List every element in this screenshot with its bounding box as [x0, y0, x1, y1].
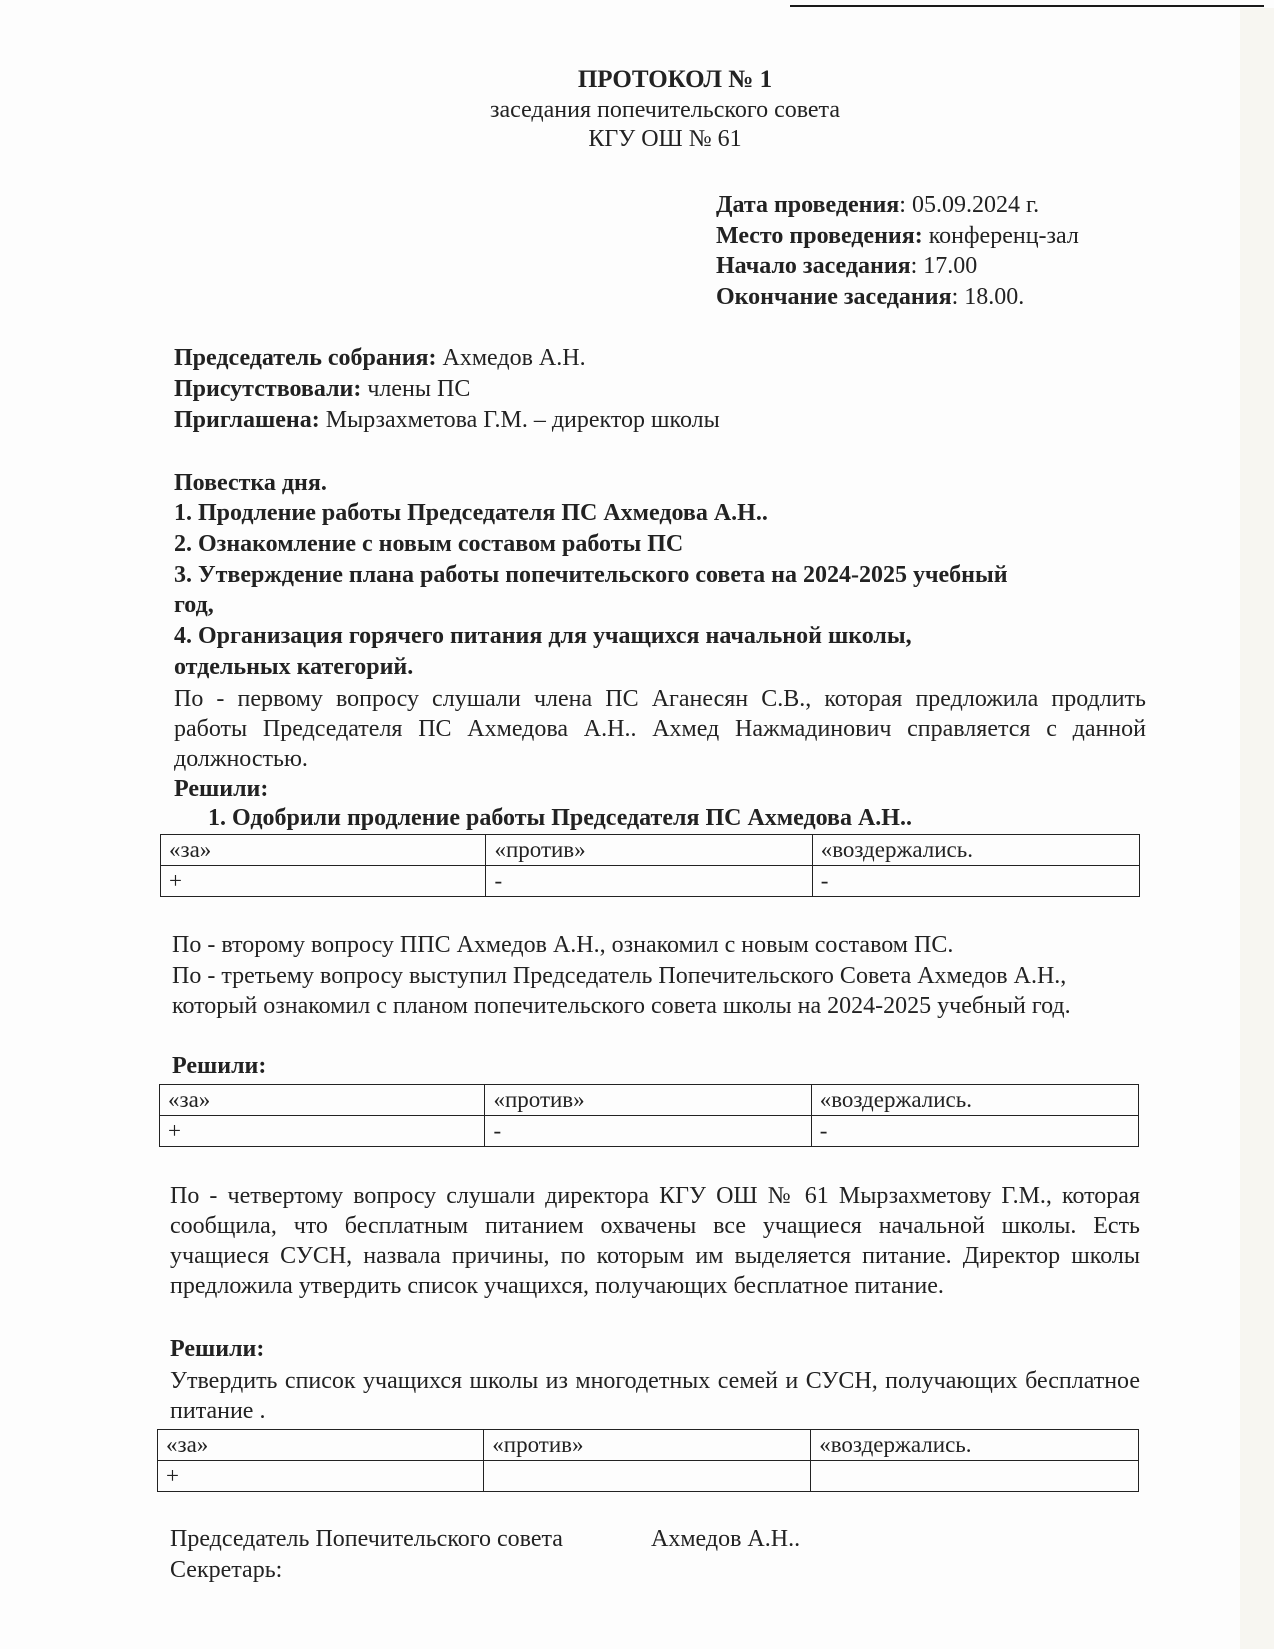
question4-vote-table: «за» «против» «воздержались. +	[157, 1429, 1139, 1492]
vote-value-abstained: -	[812, 866, 1139, 897]
secretary-signature-label: Секретарь:	[170, 1557, 282, 1584]
chair-label: Председатель собрания:	[174, 345, 437, 371]
vote-value-against: -	[485, 1116, 811, 1147]
meeting-place-label: Место проведения:	[716, 223, 923, 249]
vote-value-against	[484, 1461, 811, 1492]
question1-decision: 1. Одобрили продление работы Председател…	[208, 805, 912, 832]
meeting-end-value: : 18.00.	[952, 284, 1025, 310]
invited-value: Мырзахметова Г.М. – директор школы	[320, 407, 720, 433]
chair-value: Ахмедов А.Н.	[437, 345, 586, 371]
vote-value-for: +	[160, 1116, 485, 1147]
question1-vote-table: «за» «против» «воздержались. + - -	[160, 834, 1140, 897]
meeting-start-label: Начало заседания	[716, 253, 911, 279]
agenda-item-2: 2. Ознакомление с новым составом работы …	[174, 531, 683, 558]
vote-value-abstained: -	[811, 1116, 1138, 1147]
meeting-date: Дата проведения: 05.09.2024 г.	[716, 192, 1039, 219]
vote-header-abstained: «воздержались.	[811, 1085, 1138, 1116]
question4-decision: Утвердить список учащихся школы из много…	[170, 1366, 1140, 1426]
question1-text: По - первому вопросу слушали члена ПС Аг…	[174, 684, 1146, 774]
organization-name: КГУ ОШ № 61	[0, 126, 1274, 153]
meeting-date-label: Дата проведения	[716, 192, 899, 218]
vote-value-against: -	[486, 866, 812, 897]
chair-line: Председатель собрания: Ахмедов А.Н.	[174, 345, 586, 372]
vote-value-for: +	[158, 1461, 484, 1492]
chair-signature-title: Председатель Попечительского совета	[170, 1526, 563, 1553]
vote-table-header-row: «за» «против» «воздержались.	[158, 1430, 1139, 1461]
vote-header-for: «за»	[160, 1085, 485, 1116]
agenda-item-3-cont: год,	[174, 592, 214, 619]
vote-header-for: «за»	[158, 1430, 484, 1461]
document-page: ПРОТОКОЛ № 1 заседания попечительского с…	[0, 0, 1274, 1649]
vote-value-for: +	[161, 866, 486, 897]
meeting-date-value: : 05.09.2024 г.	[899, 192, 1039, 218]
question1-resolved-label: Решили:	[174, 776, 268, 803]
invited-label: Приглашена:	[174, 407, 320, 433]
agenda-item-4: 4. Организация горячего питания для учащ…	[174, 623, 912, 650]
agenda-item-4-cont: отдельных категорий.	[174, 654, 413, 681]
vote-header-for: «за»	[161, 835, 486, 866]
vote-header-against: «против»	[485, 1085, 811, 1116]
vote-table-value-row: + - -	[161, 866, 1140, 897]
vote-value-abstained	[811, 1461, 1139, 1492]
chair-signature-name: Ахмедов А.Н..	[651, 1526, 800, 1553]
present-line: Присутствовали: члены ПС	[174, 376, 470, 403]
question3-text: По - третьему вопросу выступил Председат…	[172, 961, 1102, 1021]
vote-table-header-row: «за» «против» «воздержались.	[161, 835, 1140, 866]
vote-header-abstained: «воздержались.	[812, 835, 1139, 866]
agenda-item-3: 3. Утверждение плана работы попечительск…	[174, 562, 1008, 589]
vote-header-abstained: «воздержались.	[811, 1430, 1139, 1461]
question3-vote-table: «за» «против» «воздержались. + - -	[159, 1084, 1139, 1147]
meeting-start-value: : 17.00	[911, 253, 978, 279]
scan-margin	[1240, 8, 1274, 1649]
document-title: ПРОТОКОЛ № 1	[0, 66, 1274, 94]
vote-table-value-row: +	[158, 1461, 1139, 1492]
agenda-item-1: 1. Продление работы Председателя ПС Ахме…	[174, 500, 768, 527]
invited-line: Приглашена: Мырзахметова Г.М. – директор…	[174, 407, 720, 434]
vote-table-header-row: «за» «против» «воздержались.	[160, 1085, 1139, 1116]
document-subtitle: заседания попечительского совета	[0, 97, 1274, 124]
meeting-place: Место проведения: конференц-зал	[716, 223, 1079, 250]
present-label: Присутствовали:	[174, 376, 361, 402]
vote-table-value-row: + - -	[160, 1116, 1139, 1147]
vote-header-against: «против»	[484, 1430, 811, 1461]
present-value: члены ПС	[361, 376, 470, 402]
question4-text: По - четвертому вопросу слушали директор…	[170, 1181, 1140, 1301]
vote-header-against: «против»	[486, 835, 812, 866]
meeting-start: Начало заседания: 17.00	[716, 253, 977, 280]
agenda-heading: Повестка дня.	[174, 470, 327, 497]
meeting-end-label: Окончание заседания	[716, 284, 952, 310]
question2-text: По - второму вопросу ППС Ахмедов А.Н., о…	[172, 932, 953, 959]
scan-edge-line	[790, 5, 1264, 7]
question3-resolved-label: Решили:	[172, 1053, 266, 1080]
question4-resolved-label: Решили:	[170, 1336, 264, 1363]
meeting-end: Окончание заседания: 18.00.	[716, 284, 1024, 311]
meeting-place-value: конференц-зал	[923, 223, 1079, 249]
